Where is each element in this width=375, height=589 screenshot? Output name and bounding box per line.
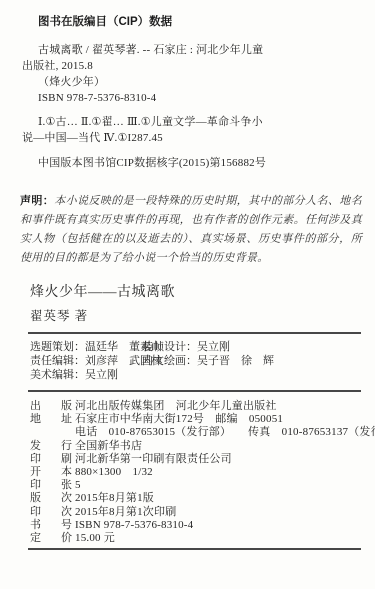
cip-classification-line-2: 说—中国—当代 Ⅳ.①I287.45 — [22, 130, 360, 146]
divider-rule-top — [28, 332, 361, 334]
credit-label: 内文绘画： — [142, 355, 197, 367]
colophon-row-printer: 印刷 河北新华第一印刷有限责任公司 — [30, 453, 361, 466]
colophon-value: 2015年8月第1次印刷 — [75, 506, 361, 519]
copyright-page: 图书在版编目（CIP）数据 古城离歌 / 翟英琴著. -- 石家庄 : 河北少年… — [0, 0, 375, 589]
colophon-label: 印刷 — [30, 453, 72, 466]
colophon-value: 全国新华书店 — [75, 440, 361, 453]
credit-label: 装帧设计： — [142, 341, 197, 353]
cip-series: （烽火少年） — [22, 74, 360, 90]
colophon-row-price: 定价 15.00 元 — [30, 532, 361, 545]
credits-row: 选题策划：温廷华 董素山 装帧设计：吴立刚 — [30, 340, 361, 354]
cip-entry-line-2: 出版社, 2015.8 — [22, 58, 360, 74]
book-title: 烽火少年——古城离歌 — [30, 284, 361, 302]
colophon-value: 15.00 元 — [75, 532, 361, 545]
cip-entry-line-1: 古城离歌 / 翟英琴著. -- 石家庄 : 河北少年儿童 — [22, 42, 360, 58]
colophon-value: 2015年8月第1版 — [75, 492, 361, 505]
colophon-row-sheets: 印张 5 — [30, 479, 361, 492]
colophon-label: 定价 — [30, 532, 72, 545]
colophon-value: 河北新华第一印刷有限责任公司 — [75, 453, 361, 466]
colophon-label: 印次 — [30, 506, 72, 519]
colophon-row-isbn: 书号 ISBN 978-7-5376-8310-4 — [30, 519, 361, 532]
colophon-value: ISBN 978-7-5376-8310-4 — [75, 519, 361, 532]
colophon-value: 电话 010-87653015（发行部） 传真 010-87653137（发行部… — [75, 426, 375, 439]
colophon-row-address: 地址 石家庄市中华南大街172号 邮编 050051 — [30, 413, 361, 426]
disclaimer-label: 声明： — [20, 195, 54, 207]
credit-value: 吴立刚 — [85, 369, 118, 381]
colophon-row-format: 开本 880×1300 1/32 — [30, 466, 361, 479]
credits-block: 选题策划：温廷华 董素山 装帧设计：吴立刚 责任编辑：刘彦萍 武国林 内文绘画：… — [30, 340, 361, 382]
colophon-value: 河北出版传媒集团 河北少年儿童出版社 — [75, 400, 361, 413]
cip-header: 图书在版编目（CIP）数据 — [22, 14, 360, 30]
colophon-label — [30, 426, 72, 439]
colophon-block: 出版 河北出版传媒集团 河北少年儿童出版社 地址 石家庄市中华南大街172号 邮… — [30, 400, 361, 545]
colophon-row-distribution: 发行 全国新华书店 — [30, 440, 361, 453]
colophon-label: 出版 — [30, 400, 72, 413]
colophon-row-edition: 版次 2015年8月第1版 — [30, 492, 361, 505]
colophon-label: 地址 — [30, 413, 72, 426]
credit-label: 选题策划： — [30, 341, 85, 353]
book-author: 翟英琴 著 — [30, 308, 361, 324]
colophon-value: 880×1300 1/32 — [75, 466, 361, 479]
colophon-label: 开本 — [30, 466, 72, 479]
colophon-value: 石家庄市中华南大街172号 邮编 050051 — [75, 413, 361, 426]
colophon-value: 5 — [75, 479, 361, 492]
credit-value: 吴子晋 徐 辉 — [197, 355, 274, 367]
credits-row: 责任编辑：刘彦萍 武国林 内文绘画：吴子晋 徐 辉 — [30, 354, 361, 368]
divider-rule-middle — [28, 390, 361, 392]
cip-classification-line-1: Ⅰ.①古… Ⅱ.①翟… Ⅲ.①儿童文学—革命斗争小 — [22, 114, 360, 130]
title-block: 烽火少年——古城离歌 翟英琴 著 — [30, 284, 361, 324]
disclaimer-statement: 声明：本小说反映的是一段特殊的历史时期，其中的部分人名、地名和事件既有真实历史事… — [20, 192, 362, 268]
colophon-label: 版次 — [30, 492, 72, 505]
disclaimer-body: 本小说反映的是一段特殊的历史时期，其中的部分人名、地名和事件既有真实历史事件的再… — [20, 195, 362, 264]
credit-value: 吴立刚 — [197, 341, 230, 353]
cip-record-number: 中国版本图书馆CIP数据核字(2015)第156882号 — [22, 155, 360, 171]
colophon-row-phone-fax: 电话 010-87653015（发行部） 传真 010-87653137（发行部… — [30, 426, 361, 439]
divider-rule-bottom — [28, 548, 361, 550]
colophon-label: 书号 — [30, 519, 72, 532]
credit-label: 美术编辑： — [30, 369, 85, 381]
colophon-row-publisher: 出版 河北出版传媒集团 河北少年儿童出版社 — [30, 400, 361, 413]
colophon-label: 发行 — [30, 440, 72, 453]
colophon-row-impression: 印次 2015年8月第1次印刷 — [30, 506, 361, 519]
colophon-label: 印张 — [30, 479, 72, 492]
cip-block: 图书在版编目（CIP）数据 古城离歌 / 翟英琴著. -- 石家庄 : 河北少年… — [0, 0, 375, 171]
cip-isbn: ISBN 978-7-5376-8310-4 — [22, 90, 360, 106]
credits-row: 美术编辑：吴立刚 — [30, 368, 361, 382]
credit-label: 责任编辑： — [30, 355, 85, 367]
